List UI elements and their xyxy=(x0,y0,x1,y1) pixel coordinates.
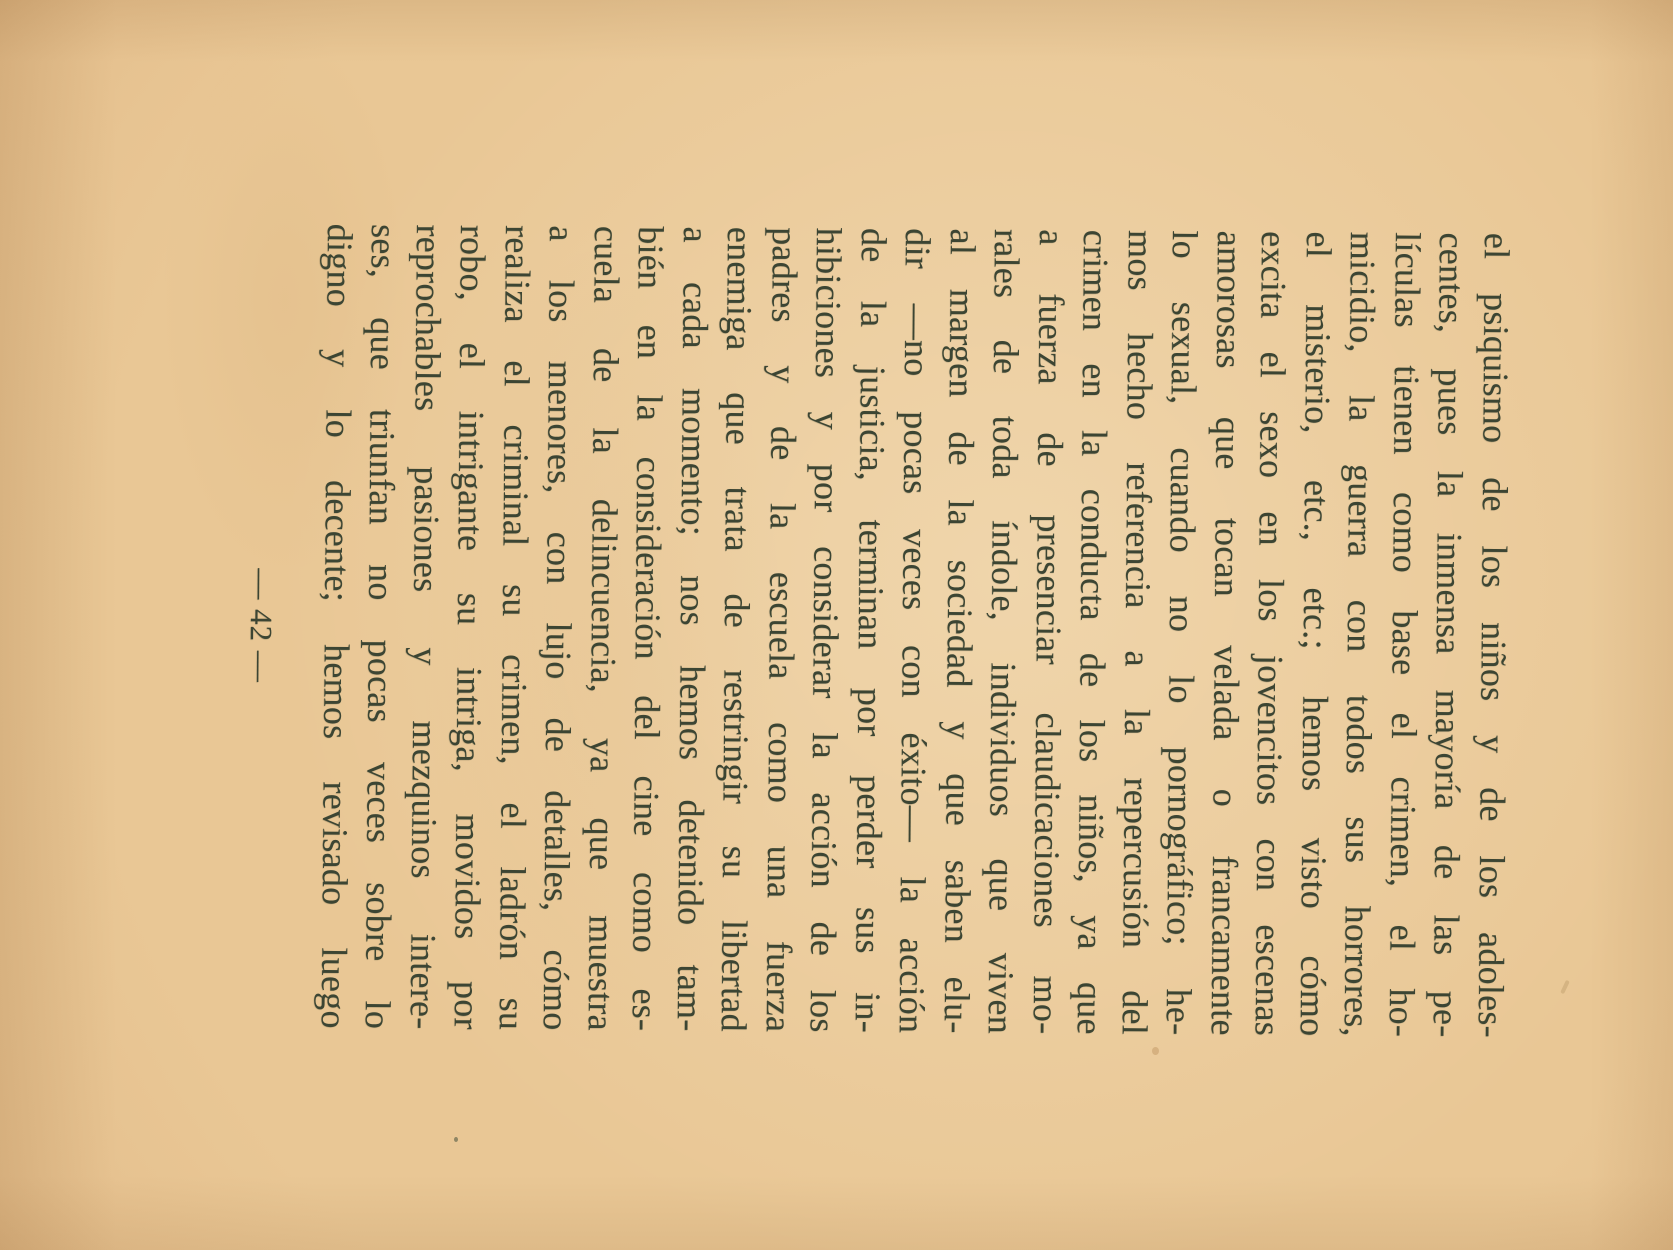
text-line: a cada momento; nos hemos detenido tam- xyxy=(667,226,718,1031)
text-line: amorosas que tocan velada o francamente xyxy=(1201,231,1252,1036)
text-line: rales de toda índole, individuos que viv… xyxy=(979,229,1030,1034)
text-line: robo, el intrigante su intriga, movidos … xyxy=(445,225,496,1030)
text-line: el psiquismo de los niños y de los adole… xyxy=(1468,233,1519,1038)
text-line: reprochables pasiones y mezquinos intere… xyxy=(400,224,451,1029)
text-line: al margen de la sociedad y que saben elu… xyxy=(934,228,985,1033)
text-line: a los menores, con lujo de detalles, cóm… xyxy=(534,225,585,1030)
text-line: crimen en la conducta de los niños, ya q… xyxy=(1068,230,1119,1035)
text-block: el psiquismo de los niños y de los adole… xyxy=(311,224,1519,1038)
page-number: — 42 — xyxy=(240,223,282,1028)
paper-stain xyxy=(1152,1047,1159,1055)
text-line: de la justicia, terminan por perder sus … xyxy=(845,228,896,1033)
paper-speck xyxy=(454,1137,458,1142)
text-line: cuela de la delincuencia, ya que muestra xyxy=(578,226,629,1031)
text-line: bién en la consideración del cine como e… xyxy=(623,226,674,1031)
text-line: mos hecho referencia a la repercusión de… xyxy=(1112,230,1163,1035)
text-line: ses, que triunfan no pocas veces sobre l… xyxy=(356,224,407,1029)
text-line: lículas tienen como base el crimen, el h… xyxy=(1379,232,1430,1037)
text-line: lo sexual, cuando no lo pornográfico; he… xyxy=(1157,230,1208,1035)
text-line: digno y lo decente; hemos revisado luego xyxy=(311,224,362,1029)
text-line: hibiciones y por considerar la acción de… xyxy=(801,227,852,1032)
scan-canvas: el psiquismo de los niños y de los adole… xyxy=(0,0,1673,1250)
text-line: enemiga que trata de restringir su liber… xyxy=(712,227,763,1032)
text-line: realiza el criminal su crimen, el ladrón… xyxy=(489,225,540,1030)
text-line: excita el sexo en los jovencitos con esc… xyxy=(1246,231,1297,1036)
book-page: el psiquismo de los niños y de los adole… xyxy=(0,0,1673,1250)
text-line: el misterio, etc., etc.; hemos visto cóm… xyxy=(1290,231,1341,1036)
text-line: padres y de la escuela como una fuerza xyxy=(756,227,807,1032)
text-line: a fuerza de presenciar claudicaciones mo… xyxy=(1023,229,1074,1034)
text-line: dir —no pocas veces con éxito— la acción xyxy=(890,228,941,1033)
paragraph-lines: el psiquismo de los niños y de los adole… xyxy=(311,224,1519,1038)
text-line: centes, pues la inmensa mayoría de las p… xyxy=(1424,232,1475,1037)
text-line: micidio, la guerra con todos sus horrore… xyxy=(1335,232,1386,1037)
paper-fiber xyxy=(1560,980,1570,994)
